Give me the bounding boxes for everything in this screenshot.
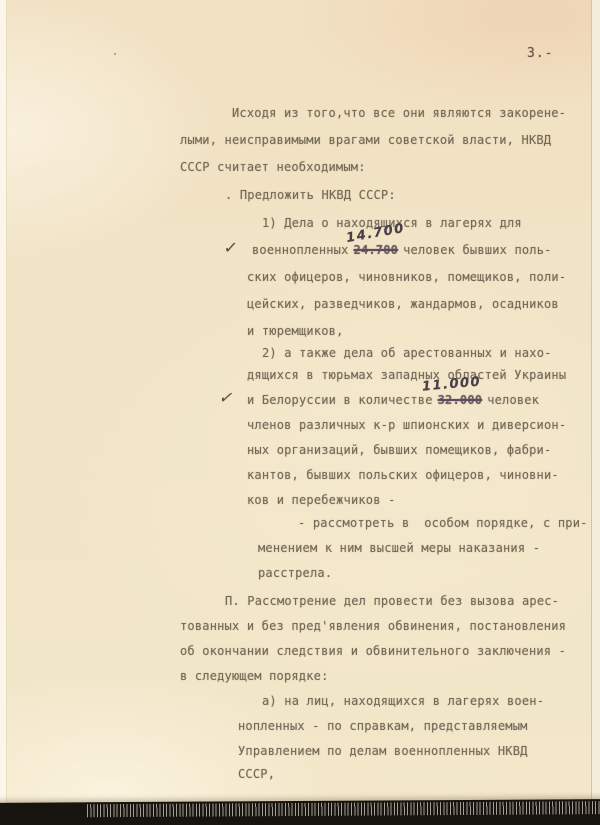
margin-checkmark-icon: ✓ [217, 388, 236, 408]
margin-checkmark-icon: ✓ [223, 238, 239, 257]
typed-line: ских офицеров, чиновников, помещиков, по… [247, 270, 566, 284]
typed-text: человек бывших поль- [403, 243, 552, 257]
typed-line: дящихся в тюрьмах западных областей Укра… [247, 368, 566, 382]
strikethrough-number: 32.000 [438, 393, 483, 407]
typed-line: кантов, бывших польских офицеров, чиновн… [247, 468, 559, 482]
typed-line: ных организаций, бывших помещиков, фабри… [247, 443, 551, 457]
typed-line: а) на лиц, находящихся в лагерях воен- [262, 694, 544, 708]
typed-line: тованных и без пред'явления обвинения, п… [180, 619, 566, 633]
scan-right-edge [591, 0, 600, 825]
typed-text: человек [487, 393, 539, 407]
typed-text: военнопленных [252, 243, 349, 257]
typed-line: в следующем порядке: [180, 669, 329, 683]
typed-text: и Белоруссии в количестве [247, 393, 433, 407]
scanned-document-page: 3.- Исходя из того,что все они являются … [0, 0, 600, 825]
typed-line: 2) а также дела об арестованных и нахо- [262, 346, 552, 360]
page-number: 3.- [527, 46, 553, 61]
typed-line-with-correction: военнопленных24.700человек бывших поль- [252, 243, 552, 257]
typed-line: менением к ним высшей меры наказания - [258, 541, 540, 555]
typed-line: ков и перебежчиков - [247, 493, 396, 507]
typed-line: Управлением по делам военнопленных НКВД [238, 744, 528, 758]
typed-line: - рассмотреть в особом порядке, с при- [298, 516, 588, 530]
typed-line: СССР считает необходимым: [180, 160, 366, 174]
paper-speck [114, 53, 116, 55]
section-heading: . Предложить НКВД СССР: [225, 188, 396, 202]
typed-line: лыми, неисправимыми врагами советской вл… [180, 133, 551, 147]
typed-line: П. Рассмотрение дел провести без вызова … [225, 594, 559, 608]
typed-line: нопленных - по справкам, представляемым [238, 719, 528, 733]
typed-line: расстрела. [258, 566, 332, 580]
film-edge-strip [0, 799, 600, 825]
scan-left-edge [0, 0, 7, 825]
typed-line: членов различных к-р шпионских и диверси… [247, 418, 566, 432]
typed-line: об окончании следствия и обвинительного … [180, 644, 566, 658]
typed-line-with-correction: и Белоруссии в количестве32.000человек [247, 393, 539, 407]
typed-line: Исходя из того,что все они являются зако… [232, 106, 566, 120]
typed-line: СССР, [238, 767, 275, 781]
film-edge-ticks [87, 801, 600, 817]
strikethrough-number: 24.700 [354, 243, 399, 257]
typed-line: цейских, разведчиков, жандармов, осадник… [247, 297, 559, 311]
typed-line: и тюремщиков, [247, 324, 344, 338]
